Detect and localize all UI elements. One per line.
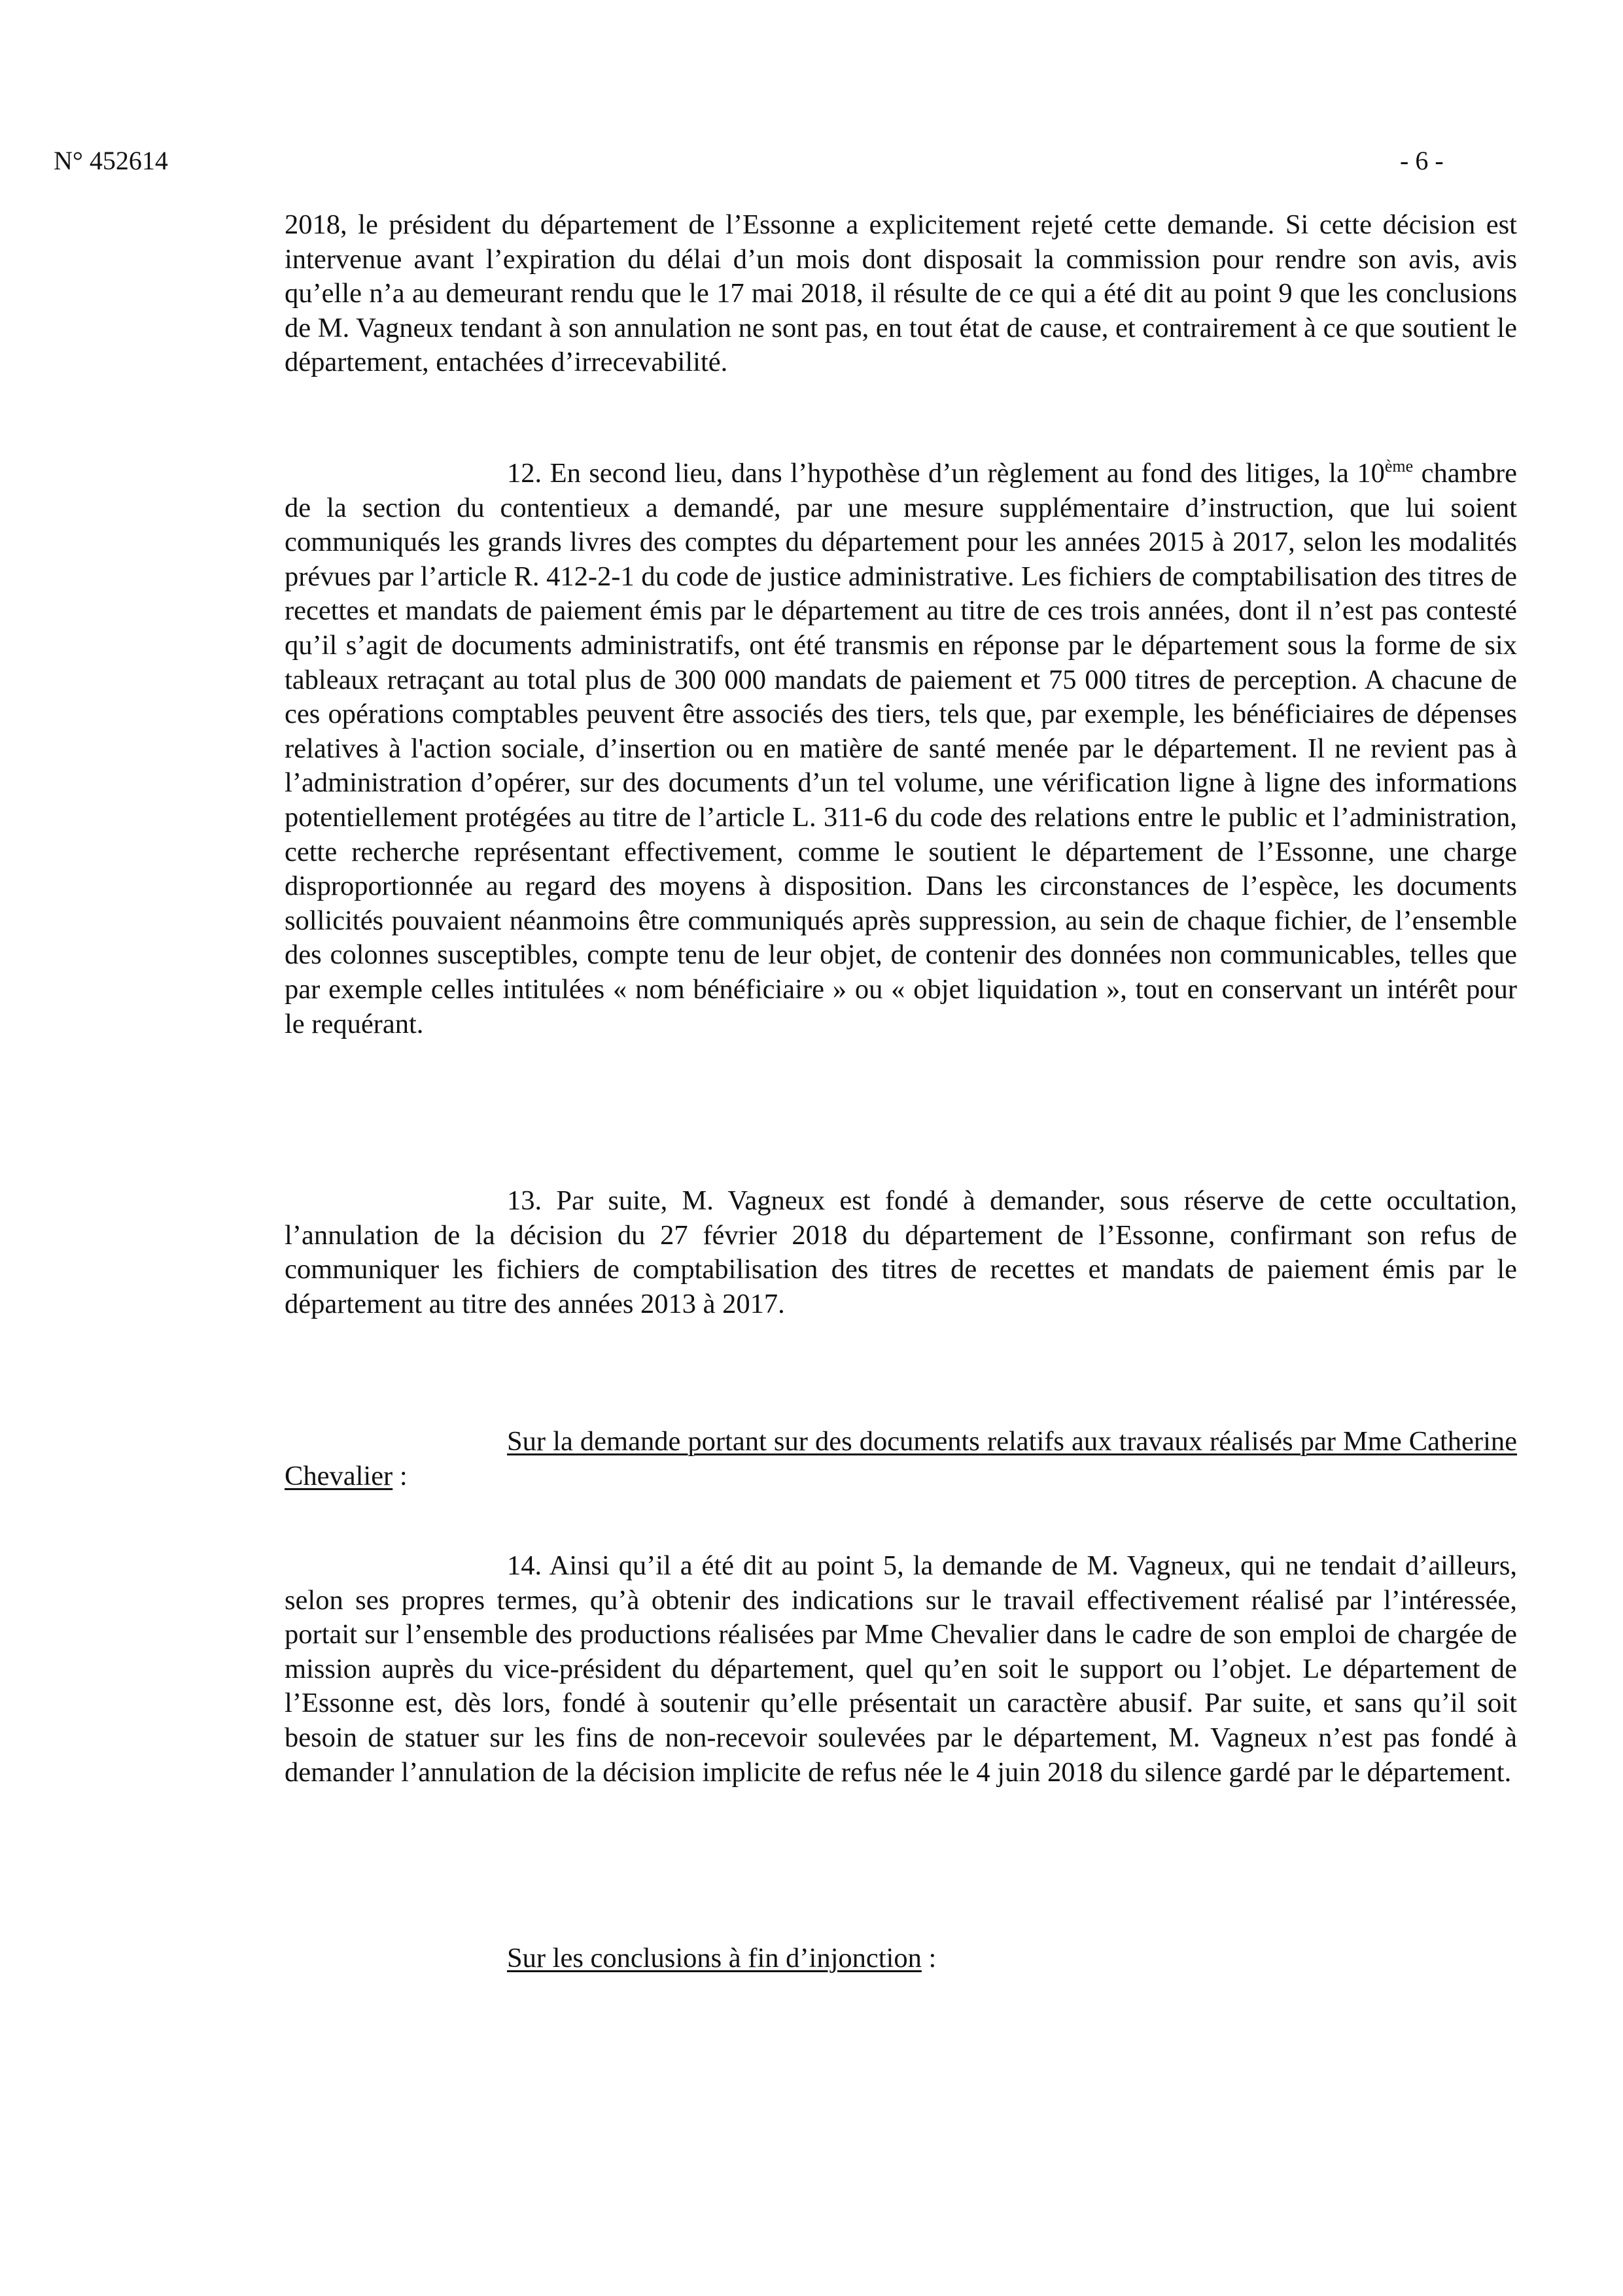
page-number: - 6 - <box>1400 145 1444 177</box>
paragraph-text: 13. Par suite, M. Vagneux est fondé à de… <box>285 1184 1517 1321</box>
paragraph-12-start: 12. En second lieu, dans l’hypothèse d’u… <box>507 458 1385 489</box>
heading-text: Sur la demande portant sur des documents… <box>285 1426 1517 1491</box>
paragraph-13: 13. Par suite, M. Vagneux est fondé à de… <box>285 1184 1517 1321</box>
section-heading-injonction: Sur les conclusions à fin d’injonction : <box>285 1941 1517 1976</box>
heading-colon: : <box>922 1943 936 1974</box>
case-number: N° 452614 <box>54 145 168 177</box>
paragraph-14: 14. Ainsi qu’il a été dit au point 5, la… <box>285 1549 1517 1790</box>
heading-colon: : <box>393 1461 407 1491</box>
section-heading-chevalier: Sur la demande portant sur des documents… <box>285 1425 1517 1493</box>
document-page: N° 452614 - 6 - 2018, le président du dé… <box>0 0 1623 2296</box>
superscript-eme: ème <box>1385 457 1413 476</box>
paragraph-text: 14. Ainsi qu’il a été dit au point 5, la… <box>285 1549 1517 1790</box>
paragraph-text: 12. En second lieu, dans l’hypothèse d’u… <box>285 457 1517 1041</box>
heading-text: Sur les conclusions à fin d’injonction <box>507 1943 922 1974</box>
paragraph-11-continuation: 2018, le président du département de l’E… <box>285 208 1517 380</box>
paragraph-12-rest: chambre de la section du contentieux a d… <box>285 458 1517 1039</box>
paragraph-12: 12. En second lieu, dans l’hypothèse d’u… <box>285 457 1517 1041</box>
paragraph-text: 2018, le président du département de l’E… <box>285 208 1517 380</box>
